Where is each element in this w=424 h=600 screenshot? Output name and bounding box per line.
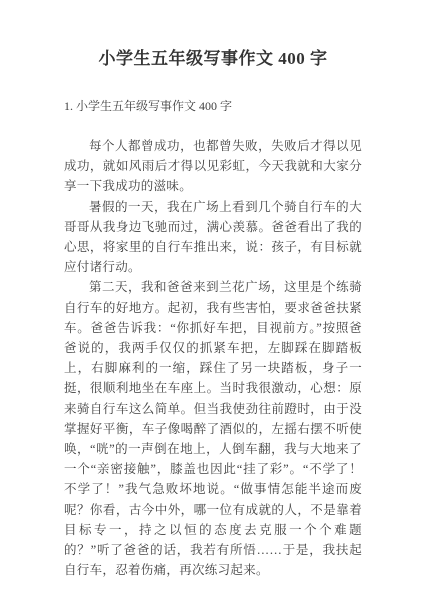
page-title: 小学生五年级写事作文 400 字 — [64, 46, 362, 72]
document-page: 小学生五年级写事作文 400 字 1. 小学生五年级写事作文 400 字 每个人… — [0, 0, 424, 600]
essay-body: 每个人都曾成功，也都曾失败，失败后才得以见成功，就如风雨后才得以见彩虹，今天我就… — [64, 136, 362, 580]
section-heading: 1. 小学生五年级写事作文 400 字 — [64, 98, 362, 114]
essay-paragraph-2: 暑假的一天，我在广场上看到几个骑自行车的大哥哥从我身边飞驰而过，满心羡慕。爸爸看… — [64, 197, 362, 278]
essay-paragraph-1: 每个人都曾成功，也都曾失败，失败后才得以见成功，就如风雨后才得以见彩虹，今天我就… — [64, 136, 362, 197]
essay-paragraph-3: 第二天，我和爸爸来到兰花广场，这里是个练骑自行车的好地方。起初，我有些害怕，要求… — [64, 277, 362, 580]
